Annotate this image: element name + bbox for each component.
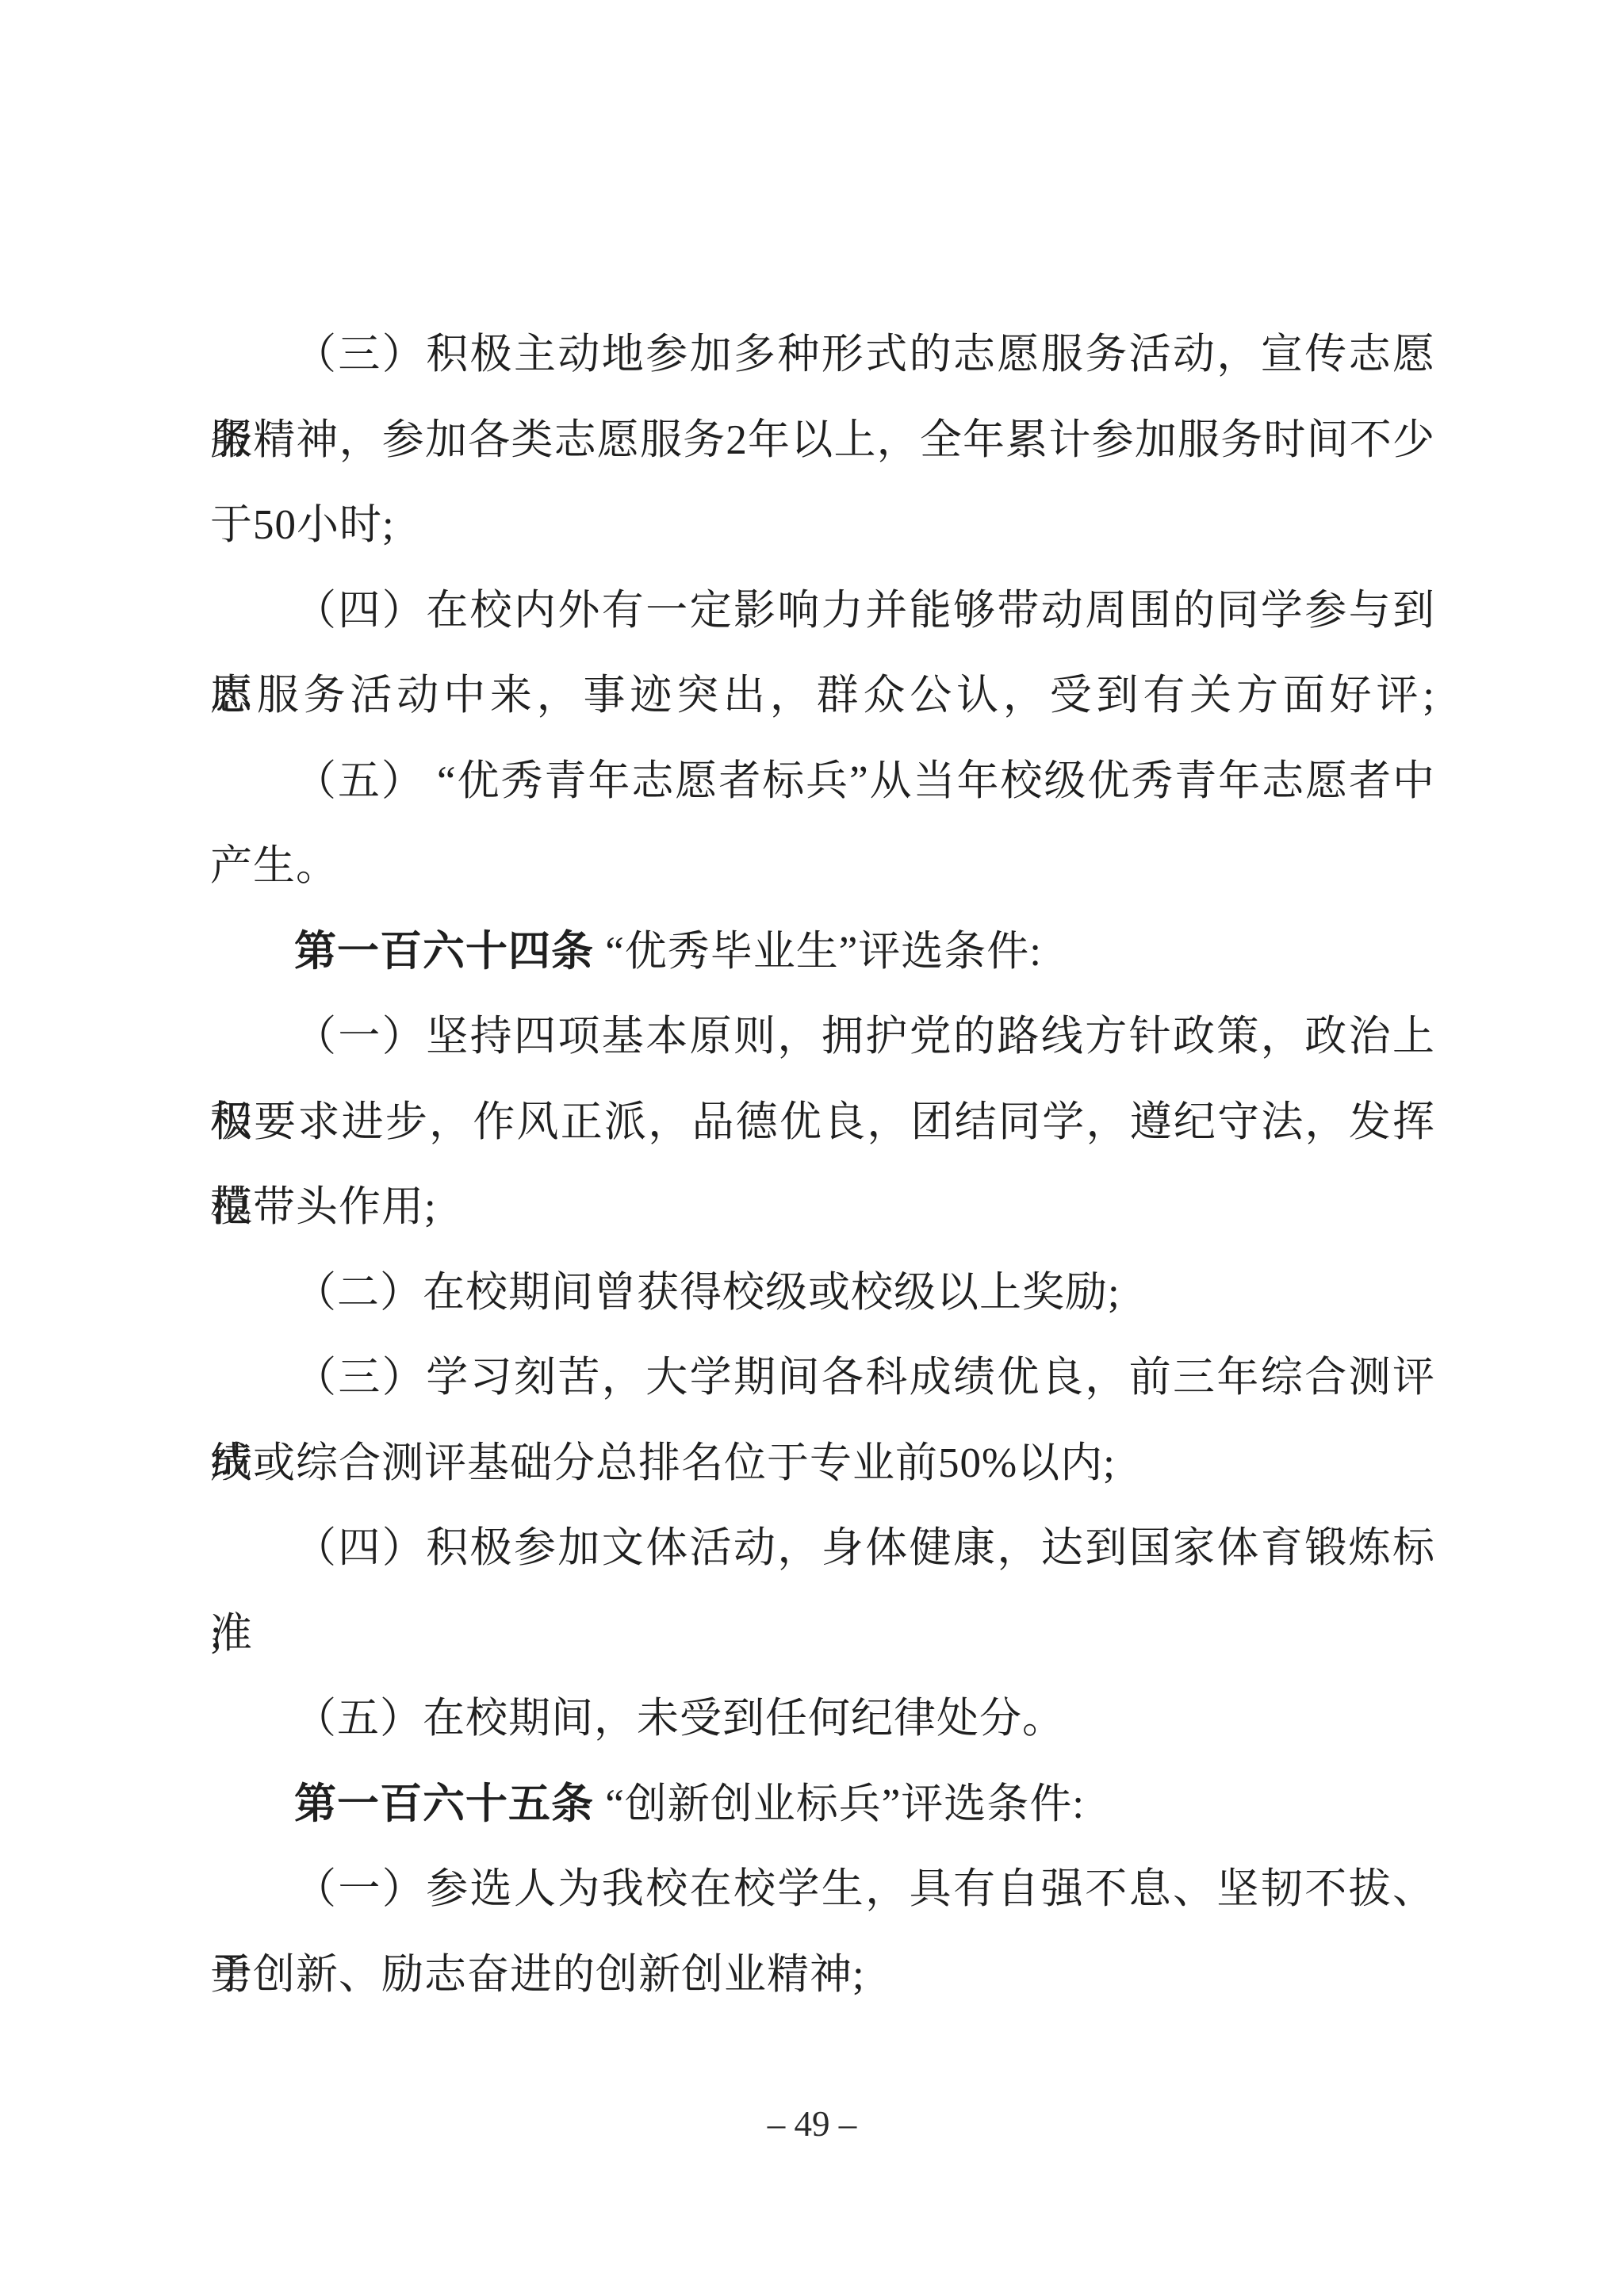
text-line: （二）在校期间曾获得校级或校级以上奖励; xyxy=(210,1251,1435,1336)
text-run: 于50小时; xyxy=(210,502,395,548)
text-run: （五）在校期间，未受到任何纪律处分。 xyxy=(294,1696,1065,1742)
document-page: （三）积极主动地参加多种形式的志愿服务活动，宣传志愿服务精神，参加各类志愿服务2… xyxy=(0,0,1624,2296)
article-number-run: 第一百六十四条 xyxy=(294,929,594,975)
text-line: 极要求进步，作风正派，品德优良，团结同学，遵纪守法，发挥模 xyxy=(210,1080,1435,1166)
text-line: （四）积极参加文体活动，身体健康，达到国家体育锻炼标准 xyxy=(210,1506,1435,1592)
paragraph: （一）参选人为我校在校学生，具有自强不息、坚韧不拔、勇于创新、励志奋进的创新创业… xyxy=(210,1847,1435,2018)
paragraph: （四）积极参加文体活动，身体健康，达到国家体育锻炼标准; xyxy=(210,1506,1435,1677)
paragraph: （一）坚持四项基本原则，拥护党的路线方针政策，政治上积极要求进步，作风正派，品德… xyxy=(210,995,1435,1251)
page-number: – 49 – xyxy=(0,2100,1624,2148)
text-run: “创新创业标兵”评选条件: xyxy=(594,1781,1085,1827)
text-run: ; xyxy=(210,1611,223,1657)
text-line: 于创新、励志奋进的创新创业精神; xyxy=(210,1933,1435,2018)
text-line: （五） “优秀青年志愿者标兵”从当年校级优秀青年志愿者中 xyxy=(210,739,1435,825)
text-run: （二）在校期间曾获得校级或校级以上奖励; xyxy=(294,1270,1120,1316)
text-line: （四）在校内外有一定影响力并能够带动周围的同学参与到志 xyxy=(210,569,1435,654)
paragraph: 第一百六十五条 “创新创业标兵”评选条件: xyxy=(210,1762,1435,1848)
text-line: （三）学习刻苦，大学期间各科成绩优良，前三年综合测评成 xyxy=(210,1336,1435,1421)
text-run: 于创新、励志奋进的创新创业精神; xyxy=(210,1952,865,1998)
text-run: 绩或综合测评基础分总排名位于专业前50%以内; xyxy=(210,1440,1116,1486)
text-run: 范带头作用; xyxy=(210,1184,437,1230)
paragraph: （五） “优秀青年志愿者标兵”从当年校级优秀青年志愿者中产生。 xyxy=(210,739,1435,910)
text-line: 绩或综合测评基础分总排名位于专业前50%以内; xyxy=(210,1421,1435,1507)
text-line: 愿服务活动中来，事迹突出，群众公认，受到有关方面好评; xyxy=(210,654,1435,739)
text-line: 范带头作用; xyxy=(210,1165,1435,1251)
text-line: 于50小时; xyxy=(210,483,1435,569)
text-line: （一）坚持四项基本原则，拥护党的路线方针政策，政治上积 xyxy=(210,995,1435,1080)
paragraph: 第一百六十四条 “优秀毕业生”评选条件: xyxy=(210,910,1435,995)
text-line: 务精神，参加各类志愿服务2年以上，全年累计参加服务时间不少 xyxy=(210,398,1435,484)
text-run: 务精神，参加各类志愿服务2年以上，全年累计参加服务时间不少 xyxy=(210,417,1435,463)
text-line: （一）参选人为我校在校学生，具有自强不息、坚韧不拔、勇 xyxy=(210,1847,1435,1933)
paragraph: （四）在校内外有一定影响力并能够带动周围的同学参与到志愿服务活动中来，事迹突出，… xyxy=(210,569,1435,739)
paragraph: （二）在校期间曾获得校级或校级以上奖励; xyxy=(210,1251,1435,1336)
text-line: ; xyxy=(210,1592,1435,1677)
text-line: 第一百六十五条 “创新创业标兵”评选条件: xyxy=(210,1762,1435,1848)
text-line: （五）在校期间，未受到任何纪律处分。 xyxy=(210,1677,1435,1762)
paragraph: （五）在校期间，未受到任何纪律处分。 xyxy=(210,1677,1435,1762)
text-run: “优秀毕业生”评选条件: xyxy=(594,929,1042,975)
text-run: 产生。 xyxy=(210,843,339,889)
paragraph: （三）学习刻苦，大学期间各科成绩优良，前三年综合测评成绩或综合测评基础分总排名位… xyxy=(210,1336,1435,1506)
text-run: 愿服务活动中来，事迹突出，群众公认，受到有关方面好评; xyxy=(210,673,1435,719)
text-line: 产生。 xyxy=(210,824,1435,910)
article-number-run: 第一百六十五条 xyxy=(294,1781,594,1827)
paragraph: （三）积极主动地参加多种形式的志愿服务活动，宣传志愿服务精神，参加各类志愿服务2… xyxy=(210,312,1435,569)
text-run: （五） “优秀青年志愿者标兵”从当年校级优秀青年志愿者中 xyxy=(294,758,1435,804)
text-block: （三）积极主动地参加多种形式的志愿服务活动，宣传志愿服务精神，参加各类志愿服务2… xyxy=(210,312,1435,2018)
text-line: （三）积极主动地参加多种形式的志愿服务活动，宣传志愿服 xyxy=(210,312,1435,398)
text-line: 第一百六十四条 “优秀毕业生”评选条件: xyxy=(210,910,1435,995)
